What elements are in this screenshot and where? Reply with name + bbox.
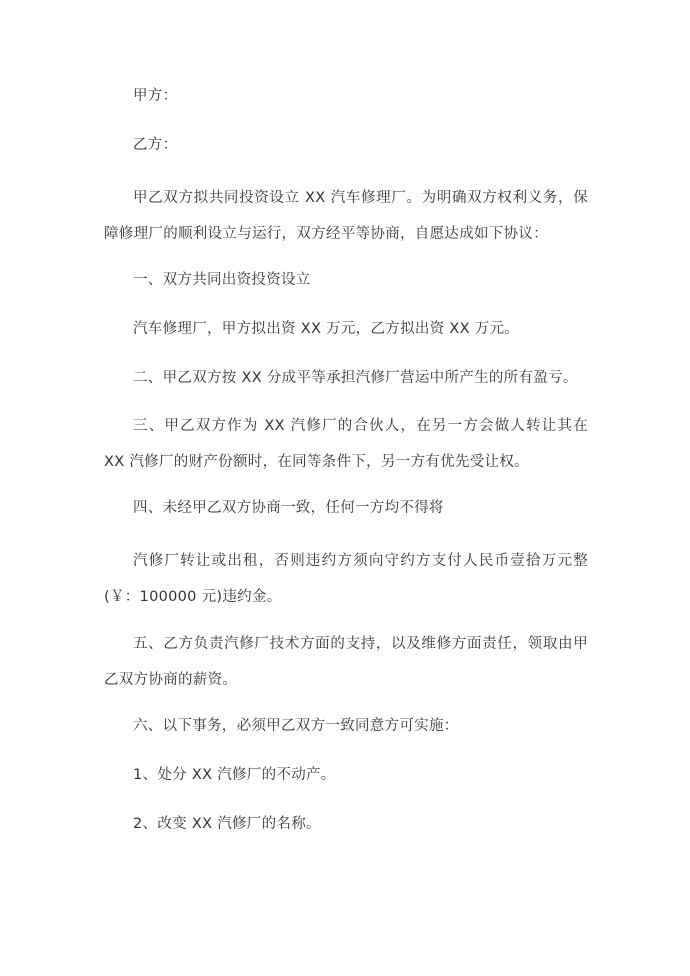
clause-4-body: 汽修厂转让或出租，否则违约方须向守约方支付人民币壹拾万元整(￥：100000 元…: [104, 543, 588, 615]
clause-3: 三、甲乙双方作为 XX 汽修厂的合伙人，在另一方会做人转让其在 XX 汽修厂的财…: [104, 408, 588, 480]
clause-1-heading: 一、双方共同出资投资设立: [104, 262, 588, 298]
clause-6-heading: 六、以下事务，必须甲乙双方一致同意方可实施：: [104, 708, 588, 744]
clause-1-body: 汽车修理厂，甲方拟出资 XX 万元，乙方拟出资 XX 万元。: [104, 311, 588, 347]
party-b-label: 乙方：: [104, 127, 588, 163]
clause-4-heading: 四、未经甲乙双方协商一致，任何一方均不得将: [104, 490, 588, 526]
clause-6-item-1: 1、处分 XX 汽修厂的不动产。: [104, 757, 588, 793]
clause-2: 二、甲乙双方按 XX 分成平等承担汽修厂营运中所产生的所有盈亏。: [104, 360, 588, 396]
preamble-paragraph: 甲乙双方拟共同投资设立 XX 汽车修理厂。为明确双方权利义务，保障修理厂的顺利设…: [104, 180, 588, 252]
party-a-label: 甲方：: [104, 78, 588, 114]
clause-5: 五、乙方负责汽修厂技术方面的支持，以及维修方面责任，领取由甲乙双方协商的薪资。: [104, 626, 588, 698]
clause-6-item-2: 2、改变 XX 汽修厂的名称。: [104, 806, 588, 842]
